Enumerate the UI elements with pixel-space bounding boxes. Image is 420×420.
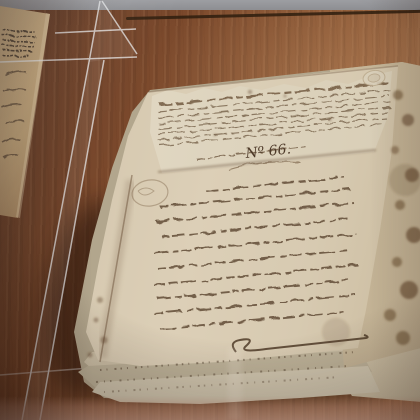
- museum-display-photo: Nº 66.: [0, 0, 420, 420]
- photo-vignette: [0, 0, 420, 420]
